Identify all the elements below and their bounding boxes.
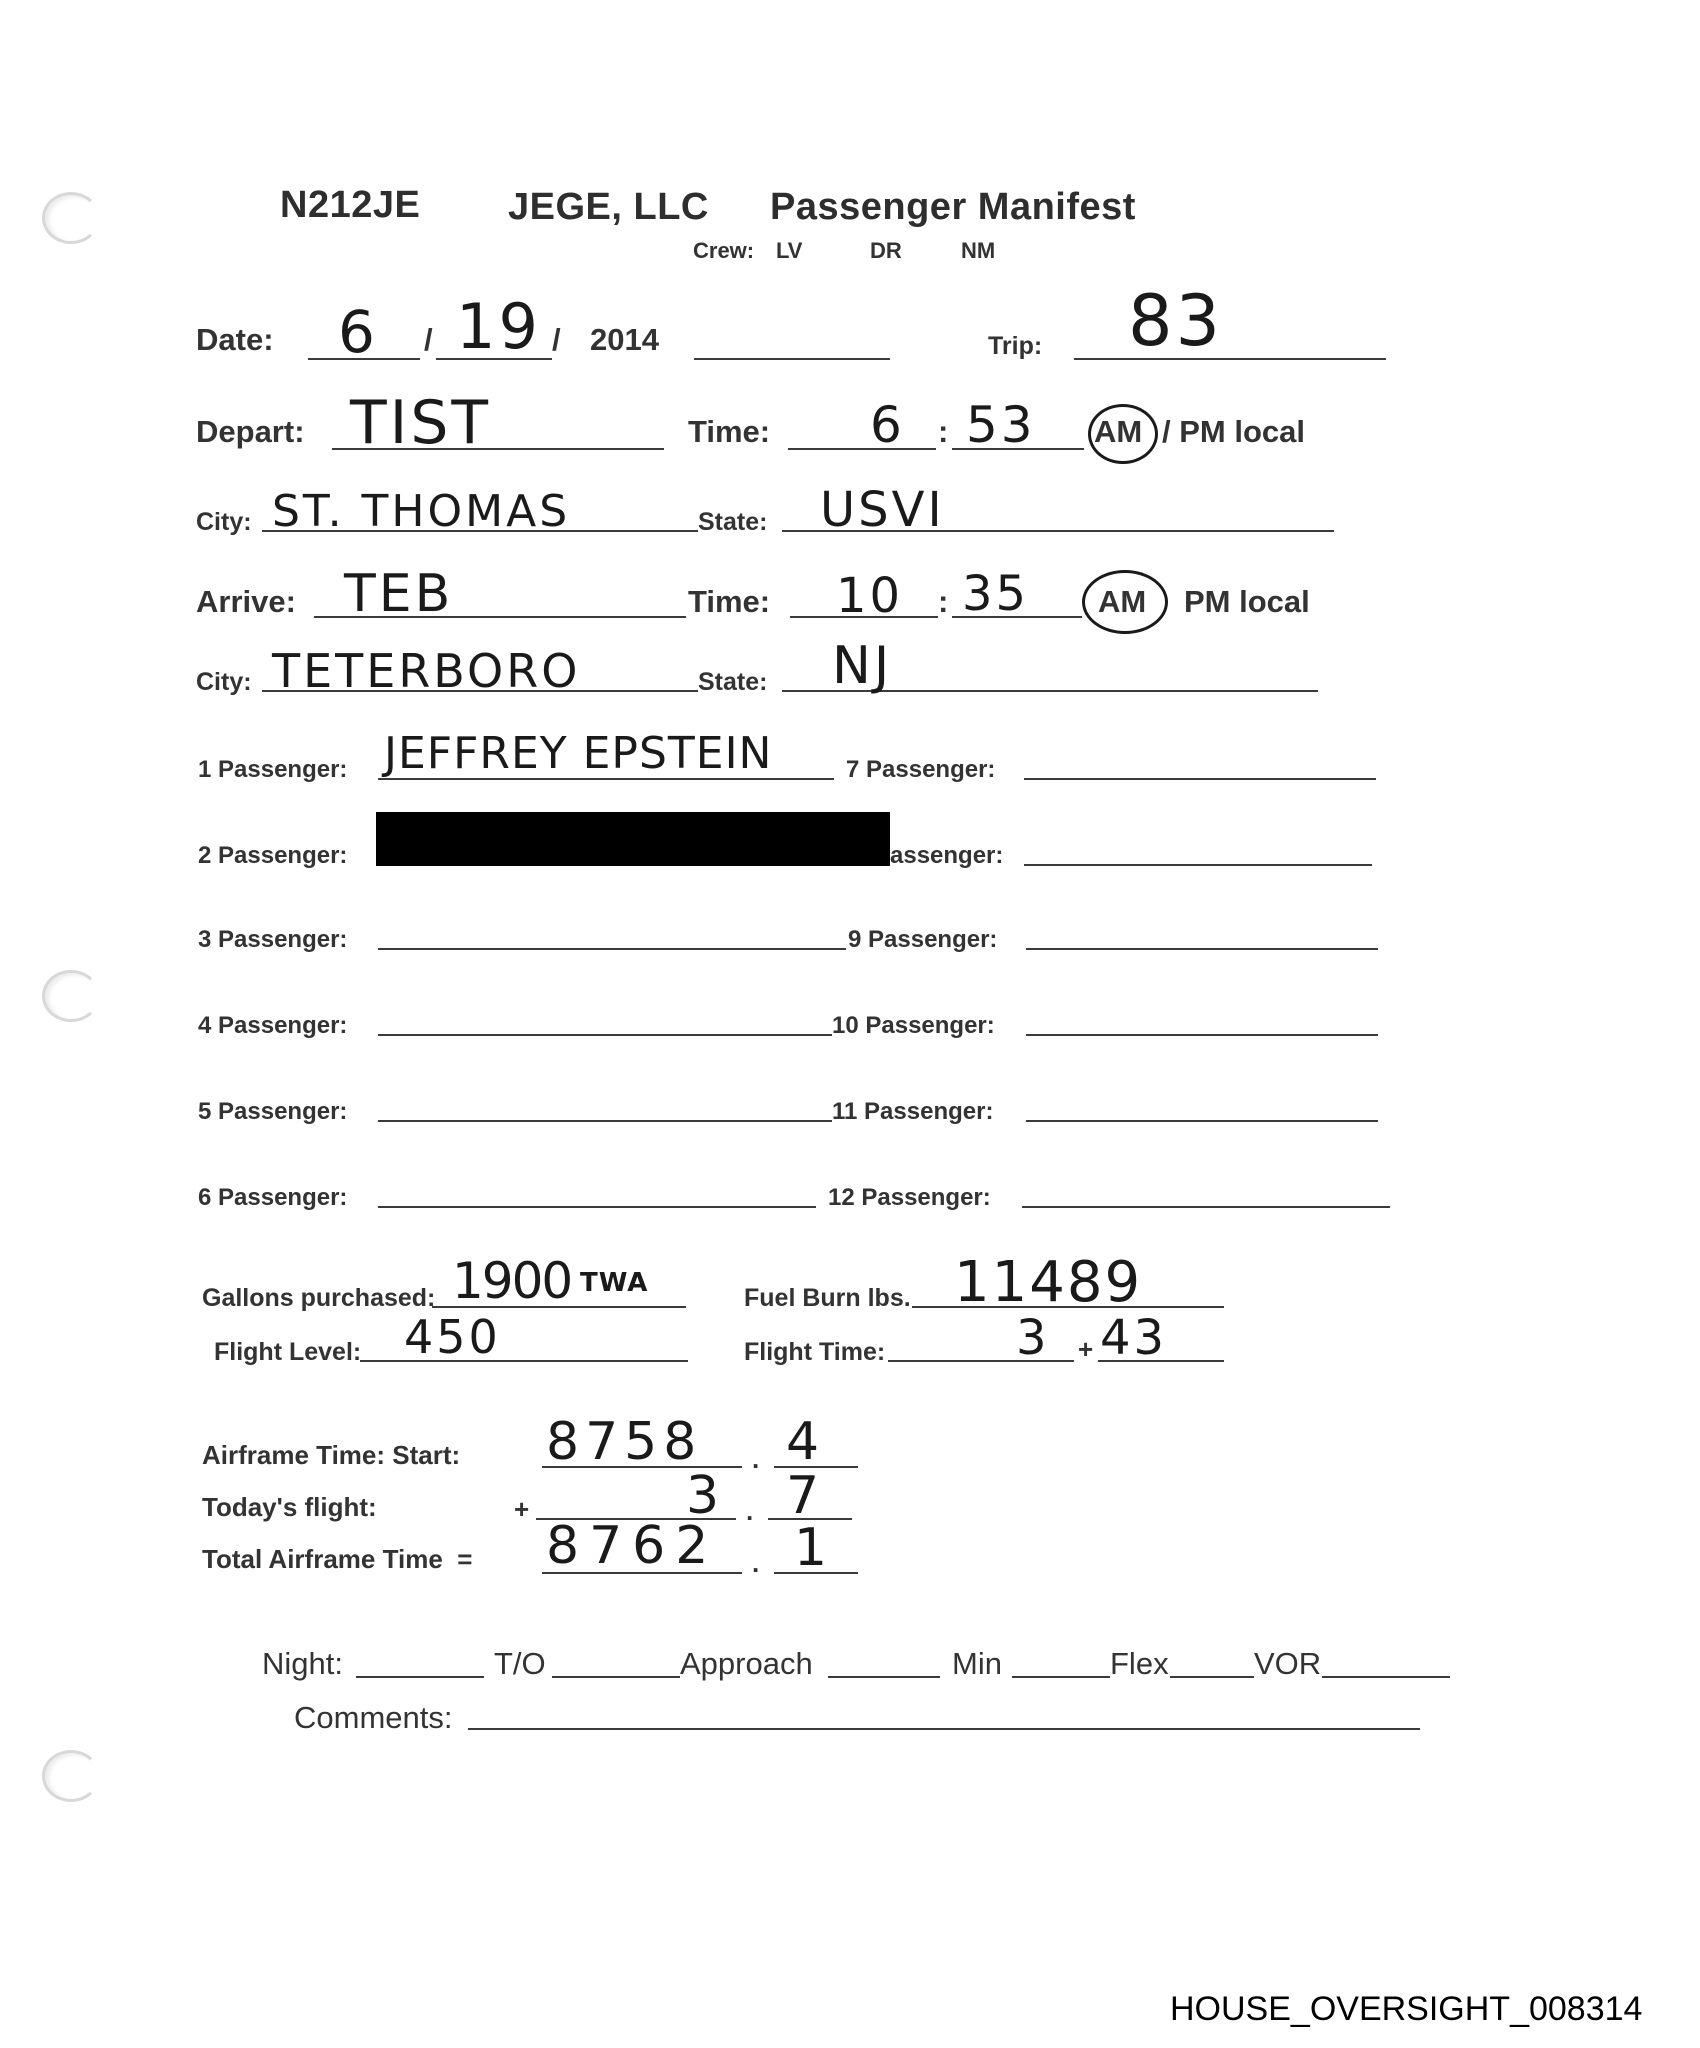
airframe-start-label: Airframe Time: Start: [202, 1440, 460, 1471]
passenger-5-line[interactable] [378, 1120, 832, 1122]
date-slash-1: / [424, 322, 433, 358]
arrive-state-label: State: [698, 668, 767, 697]
passenger-6-line[interactable] [378, 1206, 816, 1208]
flight-time-minutes[interactable]: 43 [1100, 1310, 1167, 1366]
binder-hole-middle [42, 970, 100, 1022]
depart-hour-line [788, 448, 936, 450]
arrive-label: Arrive: [196, 584, 296, 620]
todays-flight-plus: + [514, 1494, 529, 1525]
crew-member-1: LV [776, 238, 802, 264]
to-line[interactable] [552, 1676, 680, 1678]
date-year-line [694, 358, 890, 360]
crew-member-3: NM [961, 238, 995, 264]
todays-flight-label: Today's flight: [202, 1492, 377, 1523]
depart-hour-value[interactable]: 6 [870, 396, 905, 454]
passenger-6-label: 6 Passenger: [198, 1184, 347, 1212]
date-day-value[interactable]: 19 [456, 290, 541, 363]
tail-number: N212JE [280, 184, 420, 227]
comments-label: Comments: [294, 1700, 452, 1736]
vor-line[interactable] [1322, 1676, 1450, 1678]
flight-time-hours[interactable]: 3 [1016, 1310, 1050, 1366]
passenger-12-label: 12 Passenger: [828, 1184, 991, 1212]
flex-label: Flex [1110, 1646, 1169, 1682]
passenger-2-label: 2 Passenger: [198, 842, 347, 870]
passenger-10-line[interactable] [1026, 1034, 1378, 1036]
night-line[interactable] [356, 1676, 484, 1678]
airframe-start-dot: . [752, 1444, 759, 1475]
comments-line[interactable] [468, 1728, 1420, 1730]
passenger-10-label: 10 Passenger: [832, 1012, 995, 1040]
approach-line[interactable] [828, 1676, 940, 1678]
min-label: Min [952, 1646, 1002, 1682]
arrive-pm-local[interactable]: PM local [1184, 584, 1310, 620]
flight-time-label: Flight Time: [744, 1338, 885, 1367]
bates-number: HOUSE_OVERSIGHT_008314 [1170, 1990, 1642, 2029]
fuel-burn-value[interactable]: 11489 [954, 1250, 1142, 1315]
vor-label: VOR [1254, 1646, 1321, 1682]
total-airframe-tenth[interactable]: 1 [794, 1518, 830, 1578]
trip-value[interactable]: 83 [1128, 280, 1223, 362]
passenger-7-line[interactable] [1024, 778, 1376, 780]
depart-state-label: State: [698, 508, 767, 537]
todays-flight-tenth[interactable]: 7 [786, 1466, 822, 1526]
passenger-3-label: 3 Passenger: [198, 926, 347, 954]
depart-time-label: Time: [688, 414, 770, 450]
total-airframe-whole[interactable]: 8762 [546, 1516, 718, 1576]
passenger-9-label: 9 Passenger: [848, 926, 997, 954]
passenger-4-label: 4 Passenger: [198, 1012, 347, 1040]
total-airframe-label: Total Airframe Time = [202, 1544, 472, 1575]
depart-state-value[interactable]: USVI [820, 482, 945, 538]
passenger-9-line[interactable] [1026, 948, 1378, 950]
passenger-11-line[interactable] [1026, 1120, 1378, 1122]
date-slash-2: / [552, 322, 561, 358]
trip-line [1074, 358, 1386, 360]
depart-am-circle [1088, 404, 1158, 464]
arrive-city-label: City: [196, 668, 252, 697]
flight-time-plus: + [1078, 1334, 1093, 1365]
flex-line[interactable] [1170, 1676, 1254, 1678]
depart-city-value[interactable]: ST. THOMAS [272, 486, 570, 537]
page-title: Passenger Manifest [770, 186, 1136, 229]
depart-label: Depart: [196, 414, 305, 450]
approach-label: Approach [680, 1646, 813, 1682]
gallons-value[interactable]: 1900 [452, 1252, 571, 1310]
date-year: 2014 [590, 322, 659, 358]
flight-level-value[interactable]: 450 [404, 1310, 501, 1364]
arrive-time-colon: : [938, 584, 948, 620]
passenger-1-label: 1 Passenger: [198, 756, 347, 784]
depart-value[interactable]: TIST [350, 388, 491, 458]
arrive-value[interactable]: TEB [344, 564, 453, 624]
passenger-1-value[interactable]: JEFFREY EPSTEIN [384, 728, 772, 779]
trip-label: Trip: [988, 332, 1042, 361]
arrive-state-value[interactable]: NJ [832, 636, 892, 696]
binder-hole-bottom [42, 1750, 100, 1802]
gallons-note[interactable]: TWA [580, 1268, 648, 1298]
arrive-hour-value[interactable]: 10 [836, 568, 903, 624]
crew-member-2: DR [870, 238, 902, 264]
passenger-11-label: 11 Passenger: [832, 1098, 993, 1126]
arrive-city-value[interactable]: TETERBORO [272, 644, 580, 698]
to-label: T/O [494, 1646, 546, 1682]
todays-flight-dot: . [746, 1496, 753, 1527]
total-airframe-dot: . [752, 1548, 759, 1579]
depart-pm-local[interactable]: / PM local [1162, 414, 1305, 450]
passenger-7-label: 7 Passenger: [846, 756, 995, 784]
arrive-am-circle [1082, 570, 1168, 634]
passenger-12-line[interactable] [1022, 1206, 1390, 1208]
date-label: Date: [196, 322, 274, 358]
arrive-minute-value[interactable]: 35 [962, 566, 1029, 622]
airframe-start-tenth[interactable]: 4 [786, 1412, 822, 1472]
passenger-4-line[interactable] [378, 1034, 832, 1036]
company-name: JEGE, LLC [508, 186, 709, 229]
passenger-3-line[interactable] [378, 948, 846, 950]
depart-minute-value[interactable]: 53 [966, 396, 1036, 454]
airframe-start-whole[interactable]: 8758 [546, 1412, 702, 1472]
depart-time-colon: : [938, 414, 948, 450]
passenger-8-line[interactable] [1024, 864, 1372, 866]
gallons-label: Gallons purchased: [202, 1284, 435, 1313]
night-label: Night: [262, 1646, 343, 1682]
depart-city-label: City: [196, 508, 252, 537]
passenger-5-label: 5 Passenger: [198, 1098, 347, 1126]
crew-label: Crew: [693, 238, 754, 264]
date-month-value[interactable]: 6 [338, 298, 378, 366]
min-line[interactable] [1012, 1676, 1110, 1678]
flight-level-label: Flight Level: [214, 1338, 361, 1367]
passenger-2-redaction [376, 812, 890, 866]
arrive-time-label: Time: [688, 584, 770, 620]
fuel-burn-label: Fuel Burn lbs. [744, 1284, 911, 1313]
passenger-8-label: assenger: [890, 842, 1003, 870]
binder-hole-top [42, 192, 100, 244]
